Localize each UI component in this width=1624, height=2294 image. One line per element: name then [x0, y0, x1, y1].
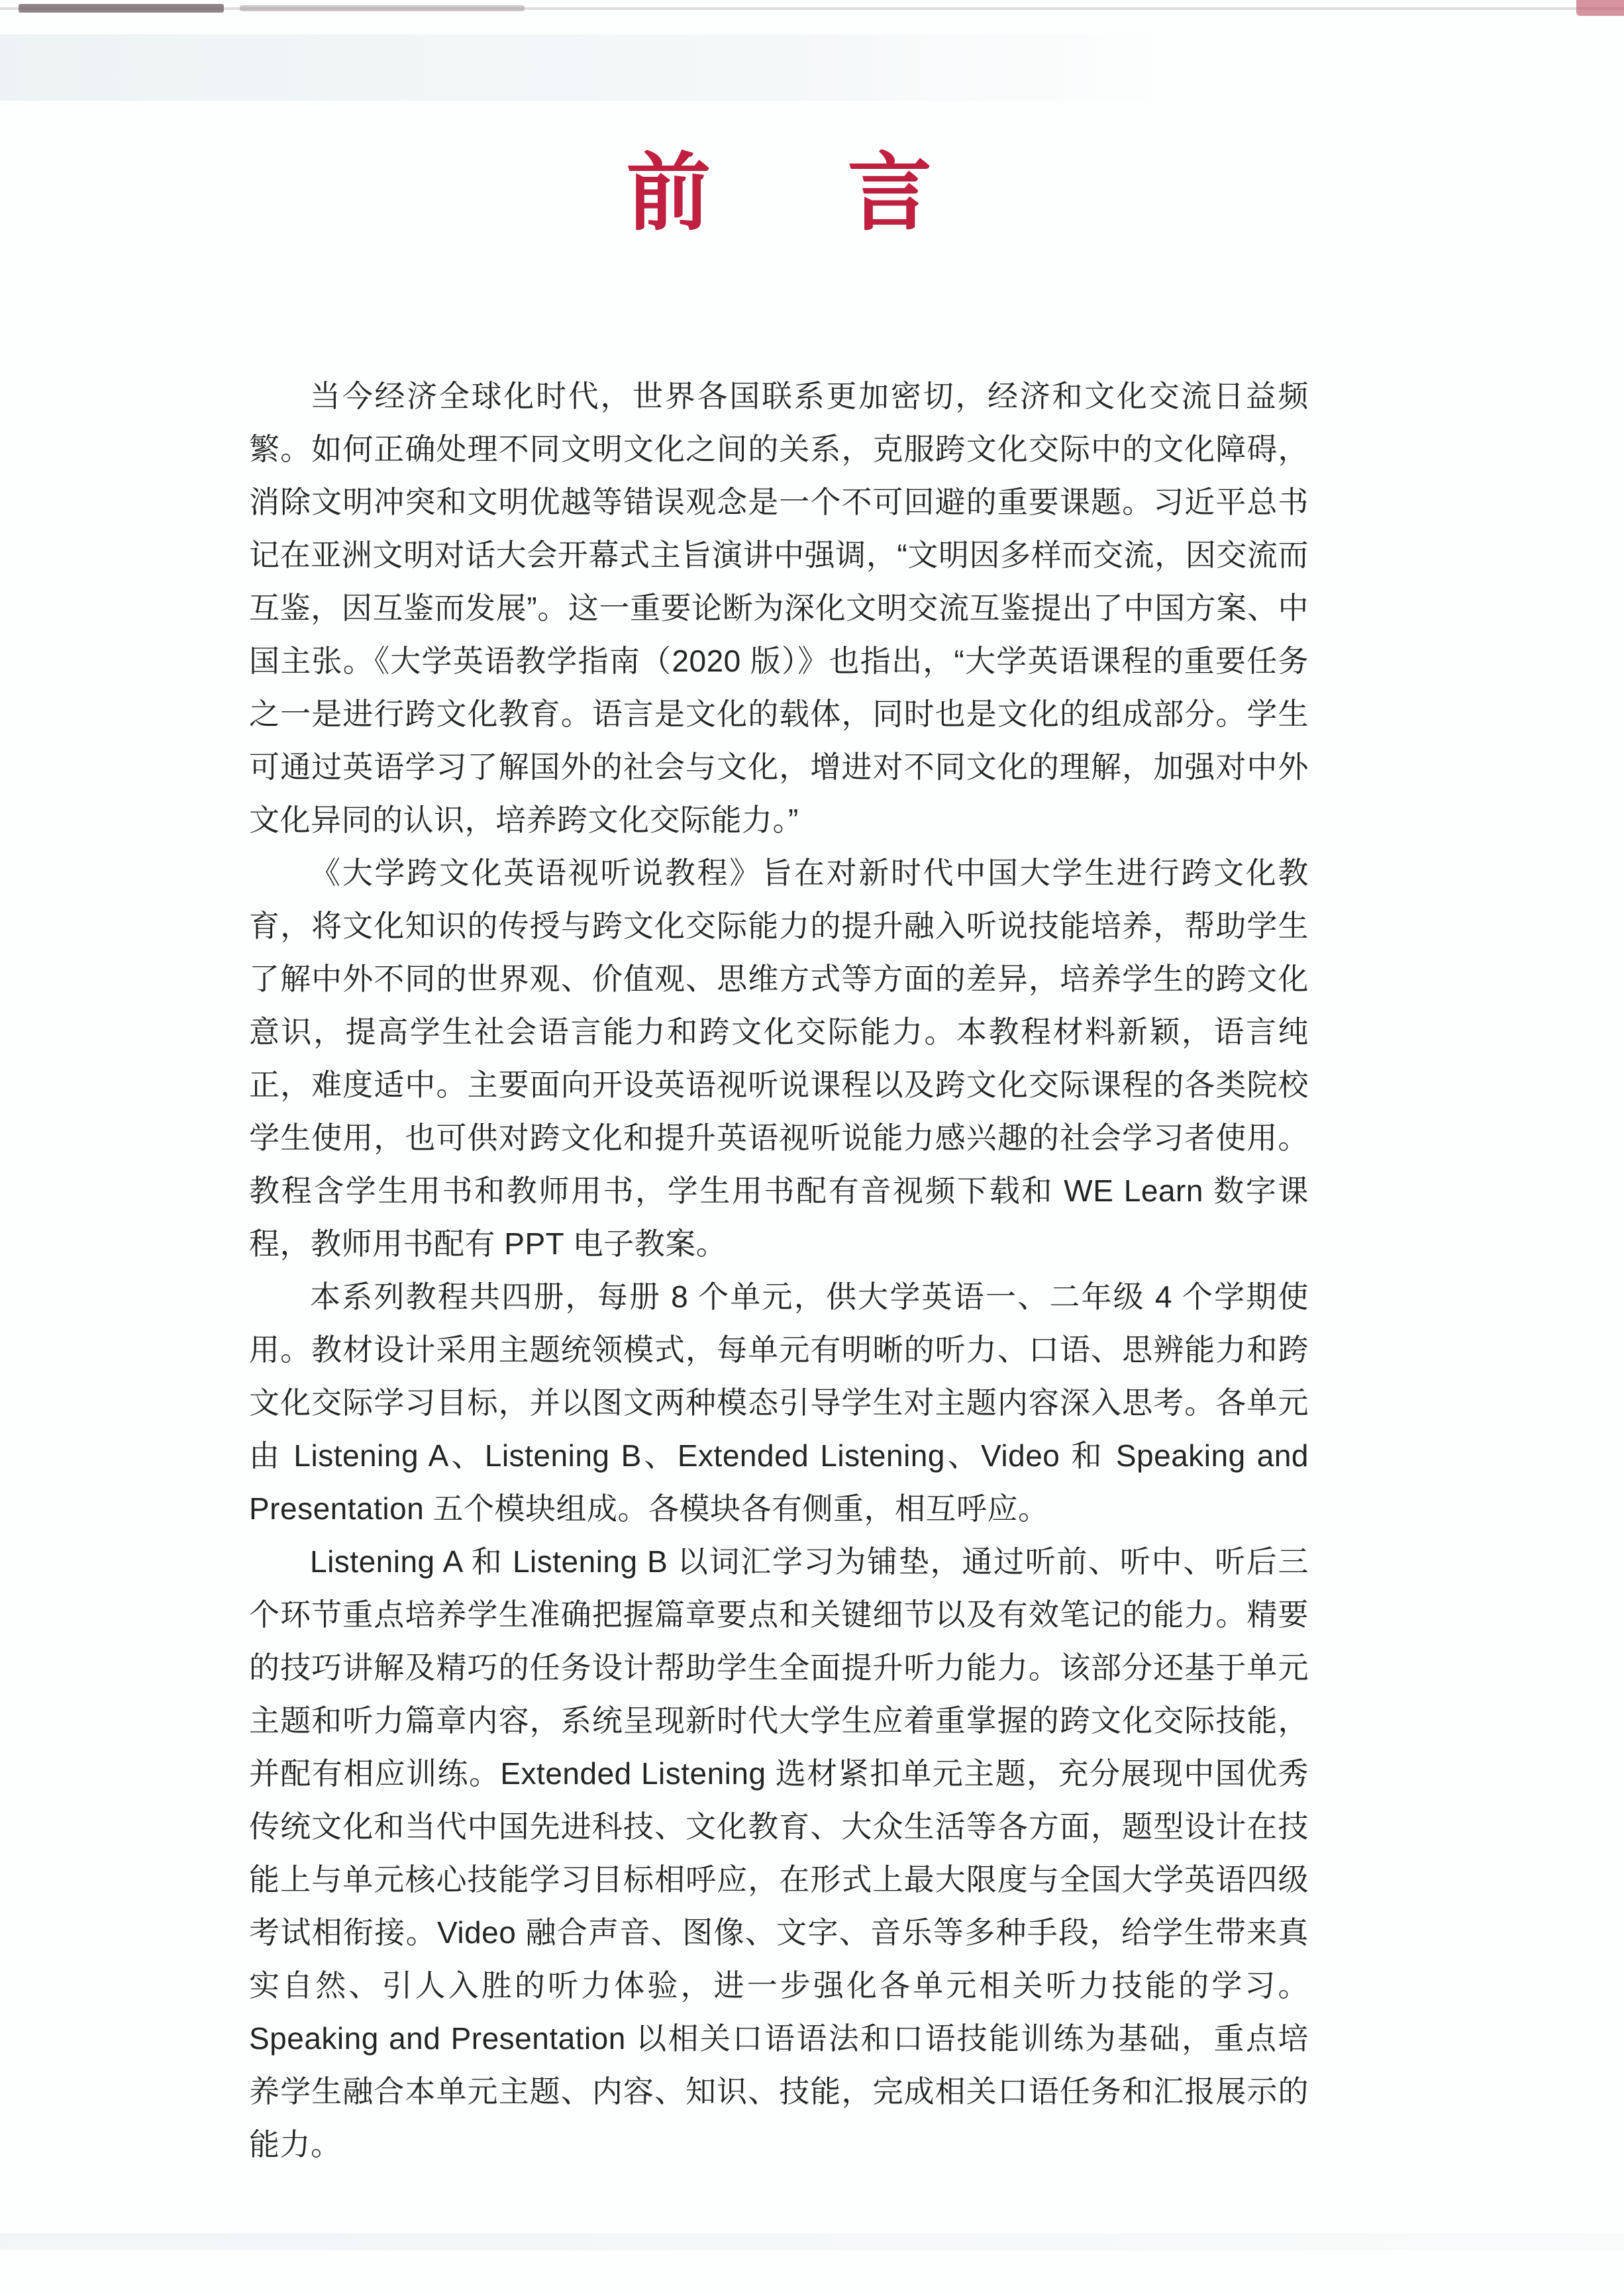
preface-body: 当今经济全球化时代，世界各国联系更加密切，经济和文化交流日益频繁。如何正确处理不…	[249, 370, 1309, 2171]
page-title: 前 言	[249, 149, 1309, 237]
paragraph-3: 本系列教程共四册，每册 8 个单元，供大学英语一、二年级 4 个学期使用。教材设…	[249, 1270, 1309, 1535]
scan-artifact-top-right	[1576, 0, 1624, 16]
paragraph-2: 《大学跨文化英语视听说教程》旨在对新时代中国大学生进行跨文化教育，将文化知识的传…	[249, 846, 1309, 1270]
scan-artifact-band	[0, 34, 1169, 101]
scanned-preface-page: 前 言 当今经济全球化时代，世界各国联系更加密切，经济和文化交流日益频繁。如何正…	[0, 0, 1624, 2294]
paragraph-1: 当今经济全球化时代，世界各国联系更加密切，经济和文化交流日益频繁。如何正确处理不…	[249, 370, 1309, 846]
scan-artifact-top-mid	[240, 5, 525, 11]
scan-artifact-band-bottom	[0, 2233, 1624, 2250]
scan-artifact-top-left	[19, 4, 224, 13]
paragraph-4: Listening A 和 Listening B 以词汇学习为铺垫，通过听前、…	[249, 1535, 1309, 2171]
